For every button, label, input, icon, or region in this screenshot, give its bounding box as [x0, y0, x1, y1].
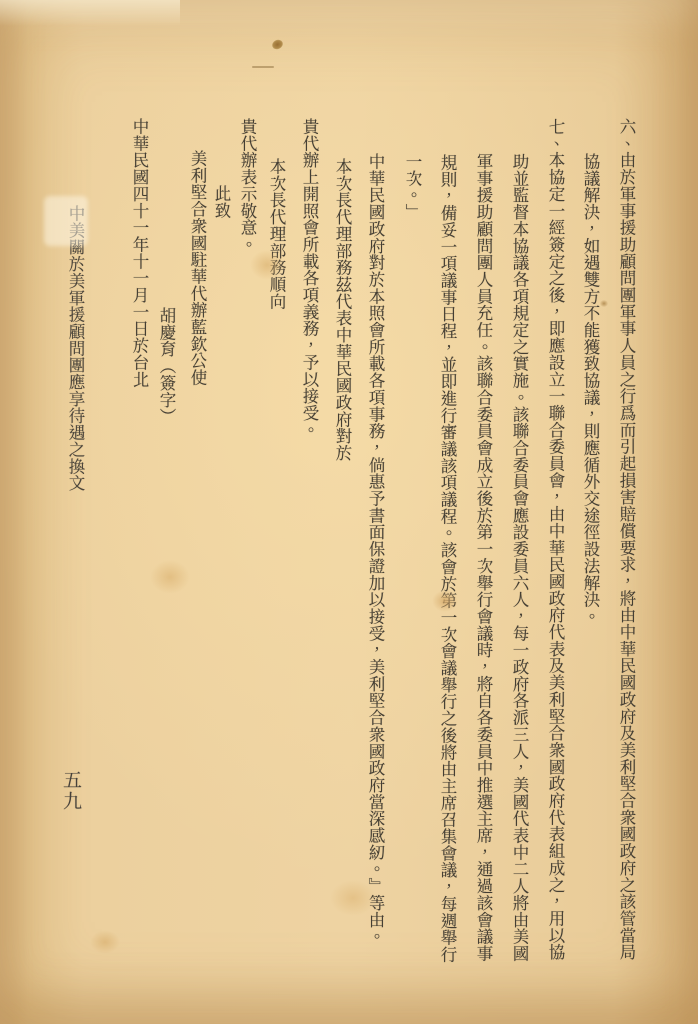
text-column-compliment-1: 本次長代理部務順向 — [264, 158, 288, 310]
text-column-item-7-cont-3: 規則，備妥一項議事日程，並即進行審議該項議程。該會於第一次會議舉行之後將由主席召… — [435, 154, 459, 963]
text-column-item-6-cont: 協議解決，如遇雙方不能獲致協議，則應循外交途徑設法解決。 — [578, 153, 602, 625]
stain-spot — [271, 38, 285, 51]
text-column-item-7: 七、本協定一經簽定之後，即應設立一聯合委員會，由中華民國政府代表及美利堅合衆國政… — [543, 118, 567, 961]
text-column-acceptance-1: 本次長代理部務茲代表中華民國政府對於 — [330, 158, 354, 461]
signature-column: 胡慶育（簽字） — [154, 307, 178, 425]
stain-faint — [90, 930, 120, 954]
text-column-item-7-cont-2: 軍事援助顧問團人員充任。該聯合委員會成立後於第一次舉行會議時，將自各委員中推選主… — [471, 153, 495, 962]
text-column-item-7-cont-1: 助並監督本協議各項規定之實施。該聯合委員會應設委員六人，每一政府各派三人，美國代… — [507, 153, 531, 962]
stain-dash — [252, 66, 274, 68]
margin-title: 中美關於美軍援顧問團應享待遇之換文 — [63, 205, 87, 491]
salutation-column: 此致 — [209, 185, 233, 219]
scanned-page: 六、由於軍事援助顧問團軍事人員之行爲而引起損害賠償要求，將由中華民國政府及美利堅… — [0, 0, 698, 1024]
text-column-acceptance-2: 貴代辦上開照會所載各項義務，予以接受。 — [297, 118, 321, 438]
text-column-item-6: 六、由於軍事援助顧問團軍事人員之行爲而引起損害賠償要求，將由中華民國政府及美利堅… — [614, 118, 638, 961]
recipient-column: 美利堅合衆國駐華代辦藍欽公使 — [185, 150, 209, 386]
paper-light-edge — [0, 0, 180, 26]
text-column-quote-close: 中華民國政府對於本照會所載各項事務，倘惠予書面保證加以接受，美利堅合衆國政府當深… — [363, 153, 387, 945]
stain-faint — [150, 560, 190, 594]
text-column-item-7-cont-4: 一次。」 — [400, 153, 424, 220]
page-number: 五九 — [58, 770, 82, 812]
text-column-compliment-2: 貴代辦表示敬意。 — [235, 118, 259, 253]
date-column: 中華民國四十一年十一月一日於台北 — [127, 118, 151, 388]
